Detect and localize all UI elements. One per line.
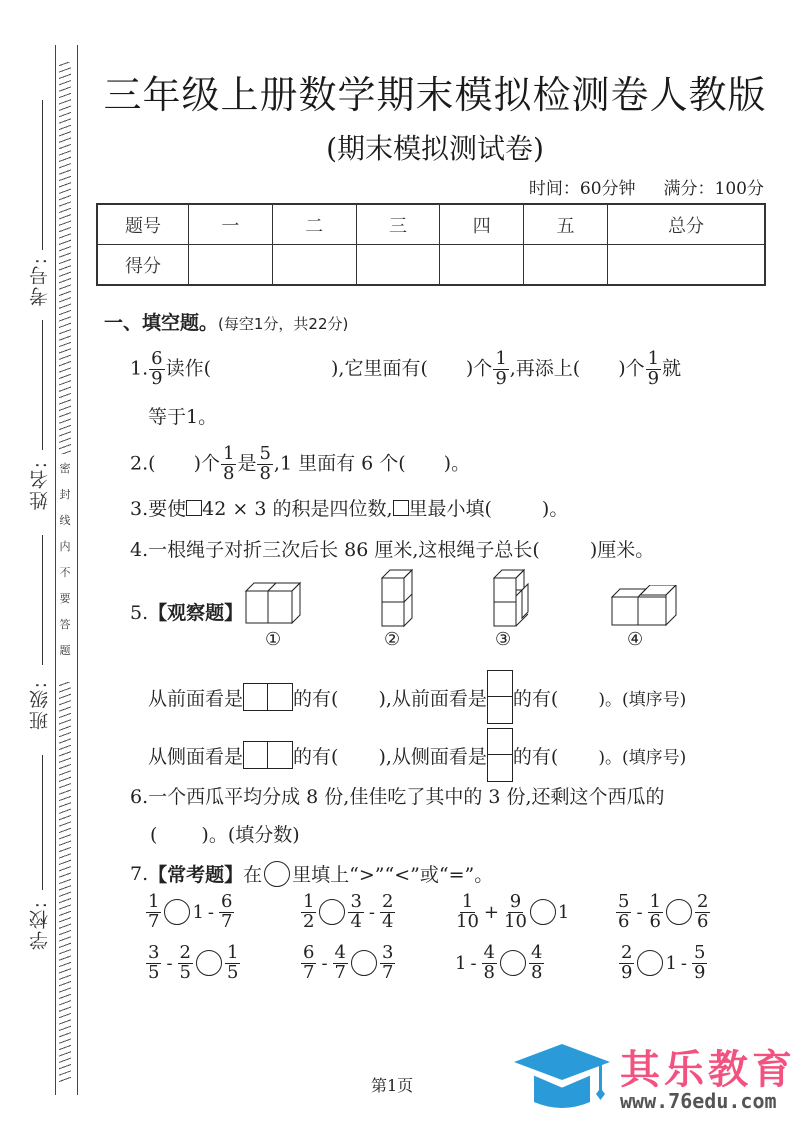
q-text: 的有( — [293, 742, 338, 769]
numerator: 5 — [692, 944, 707, 964]
denominator: 6 — [618, 913, 629, 932]
numerator: 2 — [178, 944, 193, 964]
numerator: 1 — [493, 350, 508, 370]
numerator: 1 — [146, 893, 161, 913]
denominator: 9 — [648, 370, 659, 389]
fraction: 19 — [646, 350, 661, 389]
q-number: 4. — [130, 539, 148, 561]
q-text: 就 — [662, 357, 681, 379]
numerator: 4 — [529, 944, 544, 964]
score-input-cell[interactable] — [356, 245, 440, 286]
operator: - — [166, 953, 172, 974]
name-label: 姓名: — [26, 460, 53, 510]
q-text: ),从侧面看是 — [378, 742, 486, 769]
page-number: 第1页 — [371, 1073, 413, 1096]
full-score: 满分：100分 — [664, 179, 764, 199]
numerator: 4 — [482, 944, 497, 964]
fraction: 35 — [146, 944, 161, 983]
score-table-score-row: 得分 — [97, 245, 765, 286]
brand-url: www.76edu.com — [620, 1089, 777, 1113]
fraction: 17 — [146, 893, 161, 932]
q-text: )厘米。 — [590, 539, 654, 561]
denominator: 7 — [148, 913, 159, 932]
fraction: 910 — [504, 893, 527, 932]
question-5-side-view: 从侧面看是 的有( ),从侧面看是 的有( )。(填序号) — [148, 728, 686, 782]
q-number: 6. — [130, 786, 148, 808]
question-6: 6.一个西瓜平均分成 8 份,佳佳吃了其中的 3 份,还剩这个西瓜的 — [130, 782, 665, 809]
two-square-horizontal-icon — [243, 683, 293, 711]
numerator: 6 — [301, 944, 316, 964]
number: 1 — [192, 902, 203, 923]
q-text: ),它里面有( — [331, 357, 428, 379]
number: 1 — [665, 953, 676, 974]
q-text: 的有( — [513, 742, 558, 769]
score-cell: 二 — [272, 204, 356, 245]
q-text: )个 — [618, 357, 644, 379]
exam-subtitle: (期末模拟测试卷) — [90, 127, 780, 167]
q-number: 7. — [130, 863, 148, 885]
denominator: 9 — [151, 370, 162, 389]
strip-inner-line — [55, 45, 56, 1095]
class-label: 班级: — [26, 680, 53, 730]
score-input-cell[interactable] — [189, 245, 273, 286]
class-line — [42, 755, 43, 890]
q-text: 42 × 3 的积是四位数, — [202, 498, 392, 520]
q-text: 是 — [237, 452, 256, 474]
comparison-item-8: 29 1 - 59 — [618, 944, 708, 983]
operator: - — [369, 902, 375, 923]
denominator: 9 — [621, 964, 632, 983]
question-1-line2: 等于1。 — [148, 402, 217, 429]
numerator: 1 — [301, 893, 316, 913]
operator: - — [470, 953, 476, 974]
fraction: 15 — [225, 944, 240, 983]
q-text: 从前面看是 — [148, 684, 243, 711]
numerator: 3 — [146, 944, 161, 964]
figure-label-2: ② — [384, 629, 400, 650]
seal-text: 密封线内不要答题 — [58, 456, 72, 664]
denominator: 5 — [227, 964, 238, 983]
question-3: 3.要使42 × 3 的积是四位数,里最小填()。 — [130, 494, 568, 521]
denominator: 5 — [180, 964, 191, 983]
q-text: 从侧面看是 — [148, 742, 243, 769]
number: 1 — [558, 902, 569, 923]
denominator: 8 — [259, 465, 270, 484]
comparison-item-3: 110 + 910 1 — [455, 893, 569, 932]
figure-label-1: ① — [265, 629, 281, 650]
denominator: 7 — [382, 964, 393, 983]
numerator: 3 — [348, 893, 363, 913]
comparison-item-4: 56 - 16 26 — [615, 893, 711, 932]
numerator: 5 — [257, 445, 272, 465]
numerator: 5 — [616, 893, 631, 913]
cube-figure-1 — [244, 580, 306, 625]
operator: - — [636, 902, 642, 923]
compare-circle[interactable] — [319, 899, 345, 925]
denominator: 6 — [650, 913, 661, 932]
exam-number-line-2 — [42, 320, 43, 450]
fraction: 18 — [221, 445, 236, 484]
fraction: 12 — [301, 893, 316, 932]
score-input-cell[interactable] — [272, 245, 356, 286]
question-4: 4.一根绳子对折三次后长 86 厘米,这根绳子总长()厘米。 — [130, 535, 654, 562]
numerator: 6 — [149, 350, 164, 370]
fraction: 48 — [482, 944, 497, 983]
numerator: 2 — [619, 944, 634, 964]
numerator: 1 — [648, 893, 663, 913]
question-2: 2.()个18是58,1 里面有 6 个()。 — [130, 445, 470, 484]
score-cell: 总分 — [607, 204, 765, 245]
denominator: 9 — [495, 370, 506, 389]
compare-circle[interactable] — [530, 899, 556, 925]
fraction: 47 — [333, 944, 348, 983]
q-text: ,再添上( — [510, 357, 580, 379]
denominator: 6 — [697, 913, 708, 932]
comparison-item-6: 67 - 47 37 — [300, 944, 396, 983]
fraction: 34 — [348, 893, 363, 932]
q-text: 里填上“>”“<”或“=”。 — [292, 860, 493, 887]
denominator: 7 — [335, 964, 346, 983]
q-text: )。 — [444, 452, 470, 474]
digit-box — [186, 500, 202, 516]
operator: + — [484, 902, 499, 923]
question-tag: 【常考题】 — [148, 860, 243, 887]
compare-circle[interactable] — [666, 899, 692, 925]
section-title: 一、填空题。 — [104, 312, 218, 334]
score-cell: 题号 — [97, 204, 189, 245]
denominator: 5 — [148, 964, 159, 983]
numerator: 4 — [333, 944, 348, 964]
score-cell: 一 — [189, 204, 273, 245]
score-input-cell[interactable] — [524, 245, 608, 286]
two-square-horizontal-icon — [243, 741, 293, 769]
q-text: )。(填序号) — [598, 685, 686, 710]
q-number: 2. — [130, 452, 148, 474]
compare-circle[interactable] — [500, 950, 526, 976]
score-cell: 四 — [440, 204, 524, 245]
time-limit: 时间：60分钟 — [529, 179, 636, 199]
q-number: 1. — [130, 357, 148, 379]
comparison-item-5: 35 - 25 15 — [145, 944, 241, 983]
numerator: 6 — [219, 893, 234, 913]
q-text: 在 — [243, 860, 262, 887]
q-text: 一根绳子对折三次后长 86 厘米,这根绳子总长( — [148, 539, 540, 561]
question-1: 1.69读作(),它里面有()个19,再添上()个19就 — [130, 350, 681, 389]
q-text: 要使 — [148, 498, 186, 520]
q-text: 的有( — [293, 684, 338, 711]
q-number: 3. — [130, 498, 148, 520]
question-7-heading: 7.【常考题】在里填上“>”“<”或“=”。 — [130, 860, 493, 887]
q-text: ),从前面看是 — [378, 684, 486, 711]
denominator: 4 — [350, 913, 361, 932]
number: 1 — [455, 953, 466, 974]
figure-label-3: ③ — [495, 629, 511, 650]
comparison-item-7: 1 - 48 48 — [455, 944, 545, 983]
fraction: 19 — [493, 350, 508, 389]
digit-box — [393, 500, 409, 516]
q-text: )。 — [542, 498, 568, 520]
q-text: ( — [150, 824, 157, 846]
numerator: 1 — [460, 893, 475, 913]
denominator: 7 — [303, 964, 314, 983]
q-text: )。(填序号) — [598, 743, 686, 768]
two-square-vertical-icon — [487, 670, 513, 724]
fraction: 69 — [149, 350, 164, 389]
q-text: 一个西瓜平均分成 8 份,佳佳吃了其中的 3 份,还剩这个西瓜的 — [148, 786, 664, 808]
numerator: 2 — [695, 893, 710, 913]
fraction: 24 — [380, 893, 395, 932]
brand-name: 其乐教育 — [620, 1038, 793, 1095]
exam-number-label: 考号: — [26, 256, 53, 306]
compare-circle[interactable] — [637, 950, 663, 976]
two-square-vertical-icon — [487, 728, 513, 782]
school-label: 学校: — [26, 900, 53, 950]
score-cell: 得分 — [97, 245, 189, 286]
circle-icon — [264, 861, 290, 887]
cube-figure-3 — [492, 568, 532, 628]
comparison-item-1: 17 1- 67 — [145, 893, 235, 932]
strip-outer-line — [77, 45, 78, 1095]
q-text: 里最小填( — [409, 498, 492, 520]
score-table: 题号 一 二 三 四 五 总分 得分 — [96, 203, 766, 286]
score-input-cell[interactable] — [607, 245, 765, 286]
figure-label-4: ④ — [627, 629, 643, 650]
numerator: 1 — [646, 350, 661, 370]
question-5-front-view: 从前面看是 的有( ),从前面看是 的有( )。(填序号) — [148, 670, 686, 724]
exam-title: 三年级上册数学期末模拟检测卷人教版 — [90, 64, 780, 119]
fraction: 25 — [178, 944, 193, 983]
exam-number-line — [42, 100, 43, 250]
comparison-item-2: 12 34 - 24 — [300, 893, 396, 932]
fraction: 29 — [619, 944, 634, 983]
denominator: 10 — [456, 913, 479, 932]
question-6-line2: ()。(填分数) — [150, 820, 300, 847]
denominator: 10 — [504, 913, 527, 932]
fraction: 59 — [692, 944, 707, 983]
numerator: 1 — [225, 944, 240, 964]
fraction: 67 — [219, 893, 234, 932]
cube-figure-2 — [380, 568, 414, 628]
denominator: 8 — [531, 964, 542, 983]
denominator: 4 — [382, 913, 393, 932]
q-text: )个 — [194, 452, 220, 474]
q-text: 的有( — [513, 684, 558, 711]
q-text: )。(填分数) — [201, 824, 299, 846]
score-input-cell[interactable] — [440, 245, 524, 286]
name-line — [42, 535, 43, 665]
q-number: 5. — [130, 602, 148, 624]
fraction: 26 — [695, 893, 710, 932]
denominator: 8 — [223, 465, 234, 484]
q-text: 读作( — [166, 357, 211, 379]
score-cell: 五 — [524, 204, 608, 245]
brand-logo[interactable]: 其乐教育 www.76edu.com — [512, 1040, 787, 1115]
question-5-heading: 5.【观察题】 — [130, 598, 243, 625]
operator: - — [208, 902, 214, 923]
fraction: 67 — [301, 944, 316, 983]
compare-circle[interactable] — [164, 899, 190, 925]
numerator: 2 — [380, 893, 395, 913]
hatch-pattern-bottom — [59, 682, 71, 1082]
denominator: 9 — [694, 964, 705, 983]
denominator: 2 — [303, 913, 314, 932]
compare-circle[interactable] — [351, 950, 377, 976]
fraction: 56 — [616, 893, 631, 932]
score-cell: 三 — [356, 204, 440, 245]
numerator: 9 — [508, 893, 523, 913]
denominator: 7 — [221, 913, 232, 932]
operator: - — [681, 953, 687, 974]
cube-figure-4 — [610, 585, 682, 630]
fraction: 110 — [456, 893, 479, 932]
fraction: 58 — [257, 445, 272, 484]
numerator: 3 — [380, 944, 395, 964]
section-note: (每空1分，共22分) — [218, 315, 348, 333]
numerator: 1 — [221, 445, 236, 465]
q-text: )个 — [466, 357, 492, 379]
denominator: 8 — [484, 964, 495, 983]
seal-text-string: 密封线内不要答题 — [58, 456, 72, 664]
hatch-pattern-top — [59, 62, 71, 454]
fraction: 48 — [529, 944, 544, 983]
fraction: 37 — [380, 944, 395, 983]
section-heading: 一、填空题。(每空1分，共22分) — [104, 308, 348, 335]
score-table-header-row: 题号 一 二 三 四 五 总分 — [97, 204, 765, 245]
q-text: ( — [148, 452, 155, 474]
graduation-cap-icon — [512, 1044, 612, 1114]
exam-meta: 时间：60分钟满分：100分 — [440, 174, 764, 199]
question-tag: 【观察题】 — [148, 602, 243, 624]
compare-circle[interactable] — [196, 950, 222, 976]
q-text: ,1 里面有 6 个( — [274, 452, 406, 474]
fraction: 16 — [648, 893, 663, 932]
operator: - — [321, 953, 327, 974]
